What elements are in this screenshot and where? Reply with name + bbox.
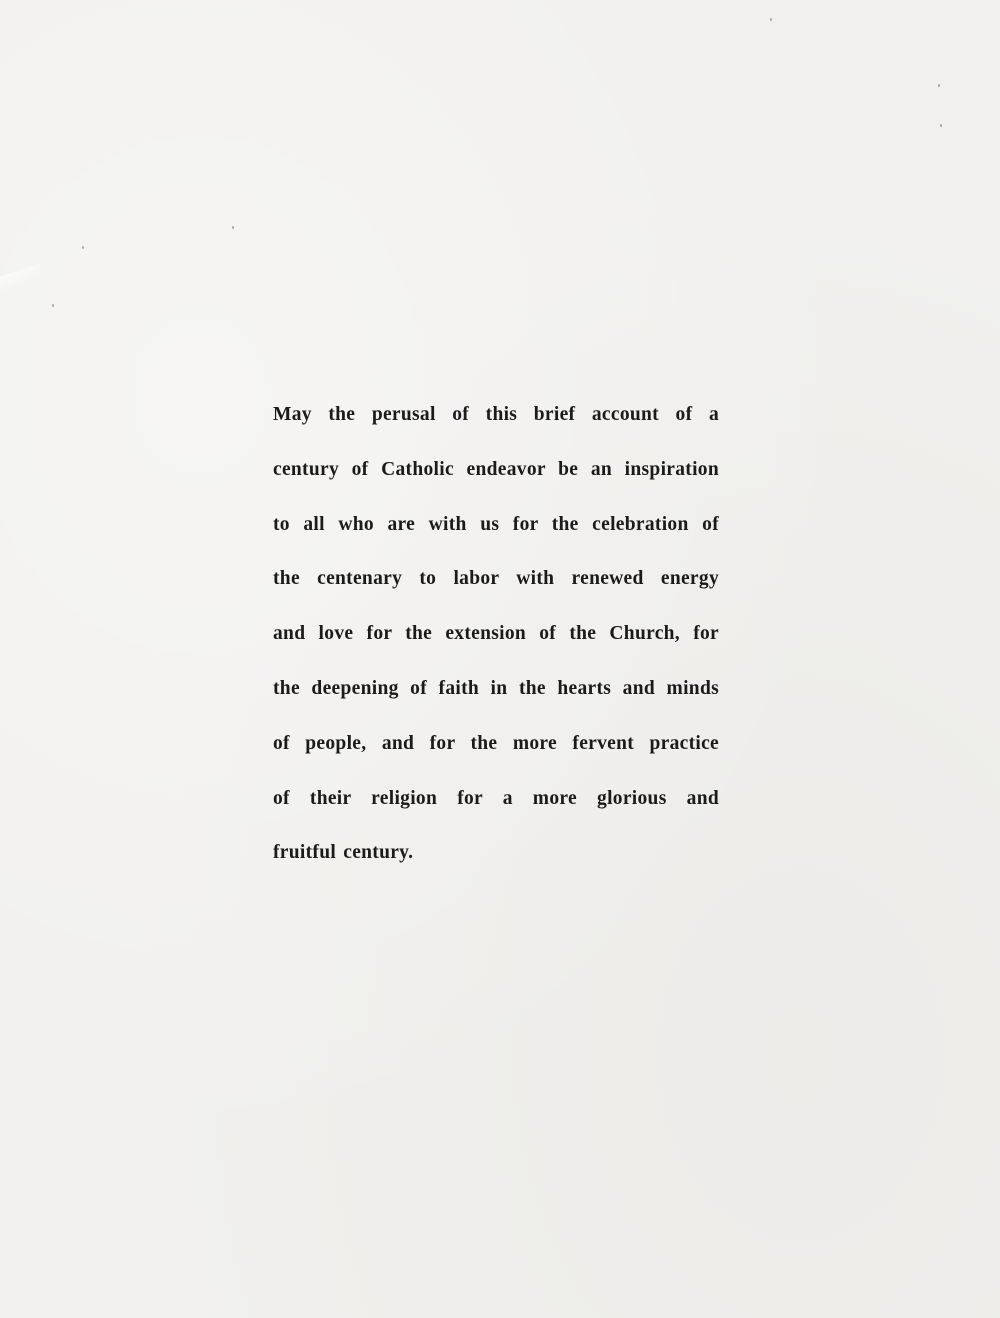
passage-line: of their religion for a more glorious an…: [273, 784, 719, 839]
scanned-page: May the perusal of this brief account of…: [0, 0, 1000, 1318]
paper-speck: [232, 226, 234, 229]
paper-speck: [52, 304, 54, 307]
paper-crease: [0, 264, 40, 291]
paper-speck: [940, 124, 942, 127]
passage-line: the deepening of faith in the hearts and…: [273, 674, 719, 729]
paper-speck: [938, 84, 940, 87]
passage-line: of people, and for the more fervent prac…: [273, 729, 719, 784]
passage-line: May the perusal of this brief account of…: [273, 400, 719, 455]
paper-speck: [82, 246, 84, 249]
passage-line: to all who are with us for the celebrati…: [273, 510, 719, 565]
passage-line: century of Catholic endeavor be an inspi…: [273, 455, 719, 510]
dedication-passage: May the perusal of this brief account of…: [273, 400, 719, 893]
passage-line: fruitful century.: [273, 838, 719, 893]
passage-line: the centenary to labor with renewed ener…: [273, 564, 719, 619]
paper-speck: [770, 18, 772, 21]
passage-line: and love for the extension of the Church…: [273, 619, 719, 674]
